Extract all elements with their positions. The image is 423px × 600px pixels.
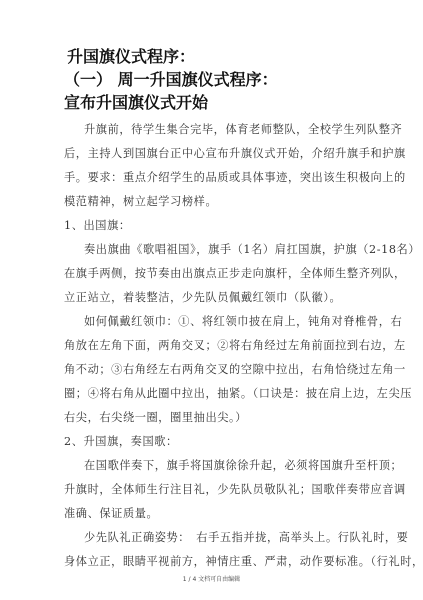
item-heading: 1、出国旗：	[64, 214, 360, 238]
text-line: 角不动；③右角经左右两角交叉的空隙中拉出，右角恰绕过左角一	[64, 358, 360, 382]
paragraph-intro: 升旗前，待学生集合完毕，体育老师整队，全校学生列队整齐 后，主持人到国旗台正中心…	[64, 118, 360, 574]
text-line: 在旗手两侧，按节奏由出旗点正步走向旗杆，全体师生整齐列队，	[64, 262, 360, 286]
text-line: 在国歌伴奏下，旗手将国旗徐徐升起，必须将国旗升至杆顶；	[64, 454, 360, 478]
text-line: 右尖，右尖绕一圈，圈里抽出尖。）	[64, 406, 360, 430]
text-line: 升旗前，待学生集合完毕，体育老师整队，全校学生列队整齐	[64, 118, 360, 142]
text-line: 如何佩戴红领巾：①、将红领巾披在肩上，钝角对脊椎骨，右	[64, 310, 360, 334]
text-line: 准确、保证质量。	[64, 502, 360, 526]
item-heading: 2、升国旗，奏国歌：	[64, 430, 360, 454]
text-line: 立正站立，着装整洁，少先队员佩戴红领巾（队徽）。	[64, 286, 360, 310]
section-subheading: 宣布升国旗仪式开始	[64, 90, 208, 113]
text-line: 身体立正，眼睛平视前方，神情庄重、严肃，动作要标准。（行礼时，	[64, 550, 360, 574]
text-line: 少先队礼正确姿势： 右手五指并拢，高举头上。行队礼时，要	[64, 526, 360, 550]
document-title: 升国旗仪式程序：	[67, 44, 195, 67]
text-line: 奏出旗曲《歌唱祖国》，旗手（1名）肩扛国旗，护旗（2-18名）	[64, 238, 360, 262]
page-footer: 1 / 4 文档可自由编辑	[0, 574, 423, 583]
section-heading: （一） 周一升国旗仪式程序：	[64, 67, 278, 90]
text-line: 后，主持人到国旗台正中心宣布升旗仪式开始，介绍升旗手和护旗	[64, 142, 360, 166]
text-line: 圈；④将右角从此圈中拉出，抽紧。（口诀是：披在肩上边，左尖压	[64, 382, 360, 406]
text-line: 手。要求：重点介绍学生的品质或具体事迹，突出该生积极向上的	[64, 166, 360, 190]
text-line: 模范精神，树立起学习榜样。	[64, 190, 360, 214]
text-line: 升旗时，全体师生行注目礼，少先队员敬队礼；国歌伴奏带应音调	[64, 478, 360, 502]
text-line: 角放在左角下面，两角交叉；②将右角经过左角前面拉到右边，左	[64, 334, 360, 358]
